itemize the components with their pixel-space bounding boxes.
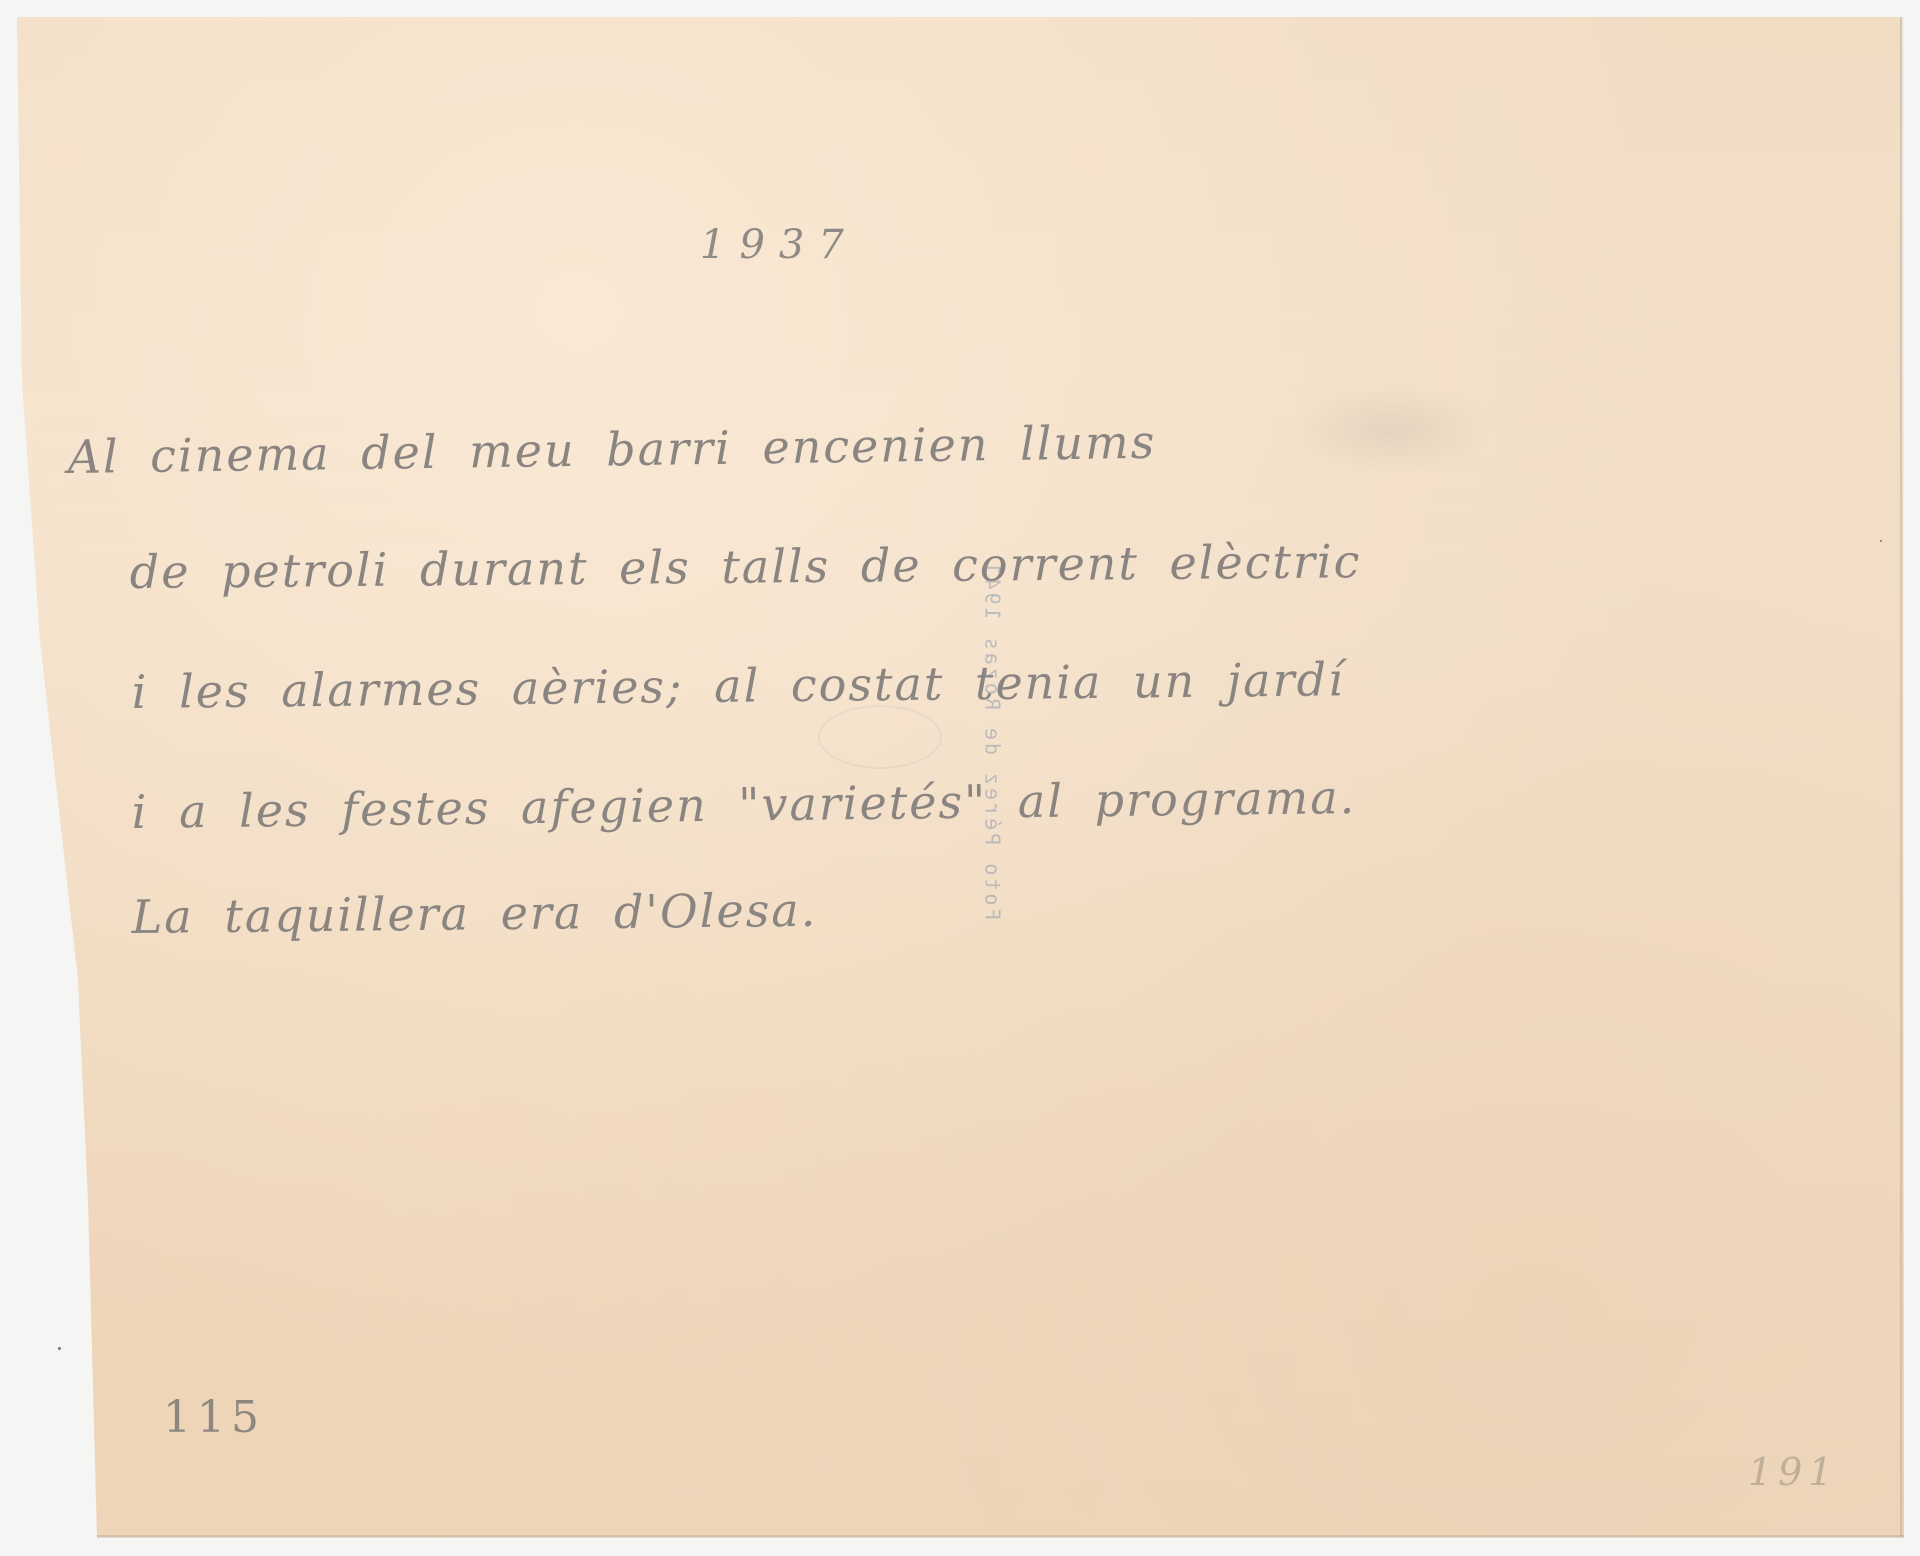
text-line-5: La taquillera era d'Olesa. bbox=[131, 883, 817, 944]
stamp-text: Foto Pérez de Rozas 1941 bbox=[980, 560, 1004, 921]
scanned-document: 1937 Al cinema del meu barri encenien ll… bbox=[0, 0, 1920, 1556]
page-number-left: 115 bbox=[163, 1392, 265, 1443]
dust-speck bbox=[58, 1347, 61, 1350]
dust-speck bbox=[1880, 540, 1882, 542]
paper-edge-bottom bbox=[97, 1535, 1904, 1538]
page-number-right: 191 bbox=[1748, 1450, 1839, 1494]
faint-oval-mark bbox=[818, 705, 942, 769]
year-heading: 1937 bbox=[700, 222, 858, 268]
paper-smudge bbox=[1290, 385, 1490, 475]
paper-edge-right bbox=[1900, 17, 1904, 1537]
text-line-2: de petroli durant els talls de corrent e… bbox=[130, 534, 1362, 599]
bleed-through-stamp: Foto Pérez de Rozas 1941 bbox=[972, 460, 1012, 1020]
